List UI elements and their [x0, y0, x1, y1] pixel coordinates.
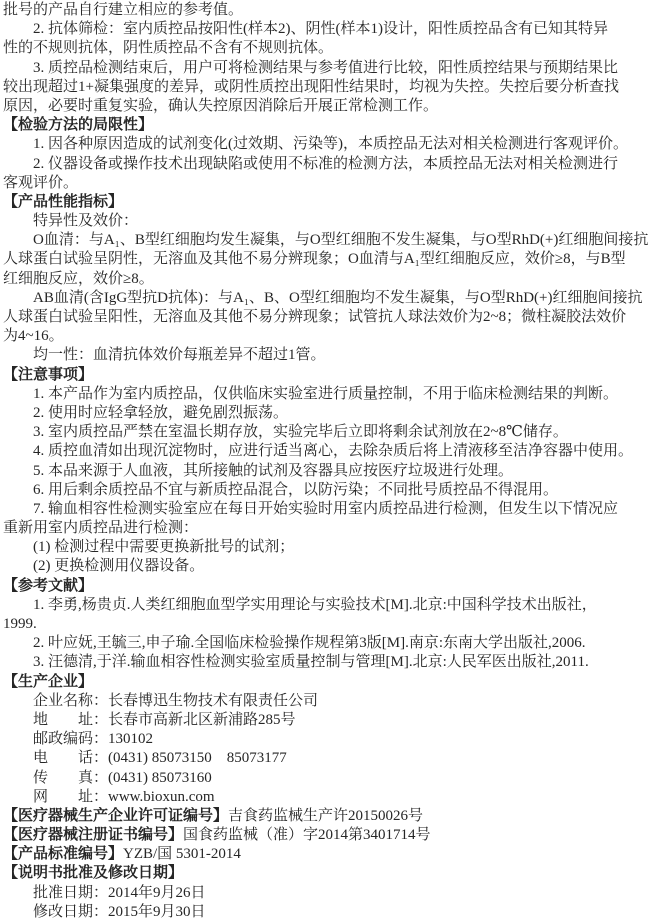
doc-line: 2. 抗体筛检：室内质控品按阳性(样本2)、阴性(样本1)设计，阳性质控品含有已…: [3, 20, 650, 39]
section-heading: 【说明书批准及修改日期】: [3, 864, 650, 883]
section-heading: 【产品性能指标】: [3, 193, 650, 212]
doc-line: O血清：与A₁、B型红细胞均发生凝集，与O型红细胞不发生凝集，与O型RhD(+)…: [3, 231, 650, 250]
section-heading-label: 【产品性能指标】: [3, 194, 123, 210]
doc-line: 客观评价。: [3, 174, 650, 193]
section-heading-label: 【医疗器械生产企业许可证编号】: [3, 808, 228, 824]
section-heading: 【产品标准编号】YZB/国 5301-2014: [3, 845, 650, 864]
doc-line: 批准日期：2014年9月26日: [3, 884, 650, 903]
doc-line: 重新用室内质控品进行检测：: [3, 519, 650, 538]
section-heading-label: 【医疗器械注册证书编号】: [3, 827, 183, 843]
section-heading: 【注意事项】: [3, 366, 650, 385]
doc-line: 性的不规则抗体，阴性质控品不含有不规则抗体。: [3, 39, 650, 58]
section-heading-value: 国食药监械（准）字2014第3401714号: [183, 827, 431, 843]
doc-line: 1. 本产品作为室内质控品，仅供临床实验室进行质量控制，不用于临床检测结果的判断…: [3, 385, 650, 404]
section-heading-label: 【说明书批准及修改日期】: [3, 865, 183, 881]
doc-line: 人球蛋白试验呈阴性，无溶血及其他不易分辨现象；O血清与A₁型红细胞反应，效价≥8…: [3, 250, 650, 269]
doc-line: AB血清(含IgG型抗D抗体)：与A₁、B、O型红细胞均不发生凝集，与O型RhD…: [3, 289, 650, 308]
section-heading: 【参考文献】: [3, 577, 650, 596]
doc-line: (2) 更换检测用仪器设备。: [3, 557, 650, 576]
doc-line: 5. 本品来源于人血液，其所接触的试剂及容器具应按医疗垃圾进行处理。: [3, 462, 650, 481]
doc-line: 批号的产品自行建立相应的参考值。: [3, 1, 650, 20]
doc-line: 较出现超过1+凝集强度的差异，或阴性质控出现阳性结果时，均视为失控。失控后要分析…: [3, 78, 650, 97]
product-manual-page: 批号的产品自行建立相应的参考值。2. 抗体筛检：室内质控品按阳性(样本2)、阴性…: [0, 0, 652, 923]
doc-line: 均一性：血清抗体效价每瓶差异不超过1管。: [3, 346, 650, 365]
document-body: 批号的产品自行建立相应的参考值。2. 抗体筛检：室内质控品按阳性(样本2)、阴性…: [0, 0, 652, 922]
section-heading-label: 【注意事项】: [3, 367, 93, 383]
doc-line: 红细胞反应，效价≥8。: [3, 270, 650, 289]
section-heading: 【医疗器械生产企业许可证编号】吉食药监械生产许20150026号: [3, 807, 650, 826]
doc-line: 传 真：(0431) 85073160: [3, 769, 650, 788]
doc-line: 3. 汪德清,于洋.输血相容性检测实验室质量控制与管理[M].北京:人民军医出版…: [3, 653, 650, 672]
doc-line: 地 址：长春市高新北区新浦路285号: [3, 711, 650, 730]
doc-line: (1) 检测过程中需要更换新批号的试剂；: [3, 538, 650, 557]
doc-line: 为4~16。: [3, 327, 650, 346]
doc-line: 人球蛋白试验呈阳性，无溶血及其他不易分辨现象；试管抗人球法效价为2~8；微柱凝胶…: [3, 308, 650, 327]
doc-line: 网 址：www.bioxun.com: [3, 788, 650, 807]
doc-line: 3. 室内质控品严禁在室温长期存放，实验完毕后立即将剩余试剂放在2~8℃储存。: [3, 423, 650, 442]
doc-line: 1999.: [3, 615, 650, 634]
doc-line: 修改日期：2015年9月30日: [3, 903, 650, 922]
doc-line: 4. 质控血清如出现沉淀物时，应进行适当离心，去除杂质后将上清液移至洁净容器中使…: [3, 442, 650, 461]
doc-line: 特异性及效价：: [3, 212, 650, 231]
doc-line: 原因，必要时重复实验，确认失控原因消除后开展正常检测工作。: [3, 97, 650, 116]
section-heading-label: 【检验方法的局限性】: [3, 117, 153, 133]
doc-line: 6. 用后剩余质控品不宜与新质控品混合，以防污染；不同批号质控品不得混用。: [3, 481, 650, 500]
section-heading-value: YZB/国 5301-2014: [123, 846, 241, 862]
section-heading-label: 【产品标准编号】: [3, 846, 123, 862]
doc-line: 3. 质控品检测结束后，用户可将检测结果与参考值进行比较，阳性质控结果与预期结果…: [3, 59, 650, 78]
section-heading: 【医疗器械注册证书编号】国食药监械（准）字2014第3401714号: [3, 826, 650, 845]
doc-line: 2. 使用时应轻拿轻放，避免剧烈振荡。: [3, 404, 650, 423]
section-heading: 【生产企业】: [3, 673, 650, 692]
doc-line: 邮政编码：130102: [3, 730, 650, 749]
doc-line: 1. 因各种原因造成的试剂变化(过效期、污染等)，本质控品无法对相关检测进行客观…: [3, 135, 650, 154]
doc-line: 7. 输血相容性检测实验室应在每日开始实验时用室内质控品进行检测，但发生以下情况…: [3, 500, 650, 519]
section-heading-value: 吉食药监械生产许20150026号: [228, 808, 423, 824]
section-heading: 【检验方法的局限性】: [3, 116, 650, 135]
doc-line: 电 话：(0431) 85073150 85073177: [3, 749, 650, 768]
section-heading-label: 【生产企业】: [3, 674, 93, 690]
doc-line: 2. 仪器设备或操作技术出现缺陷或使用不标准的检测方法，本质控品无法对相关检测进…: [3, 155, 650, 174]
doc-line: 1. 李勇,杨贵贞.人类红细胞血型学实用理论与实验技术[M].北京:中国科学技术…: [3, 596, 650, 615]
doc-line: 2. 叶应妩,王毓三,申子瑜.全国临床检验操作规程第3版[M].南京:东南大学出…: [3, 634, 650, 653]
doc-line: 企业名称：长春博迅生物技术有限责任公司: [3, 692, 650, 711]
section-heading-label: 【参考文献】: [3, 578, 93, 594]
